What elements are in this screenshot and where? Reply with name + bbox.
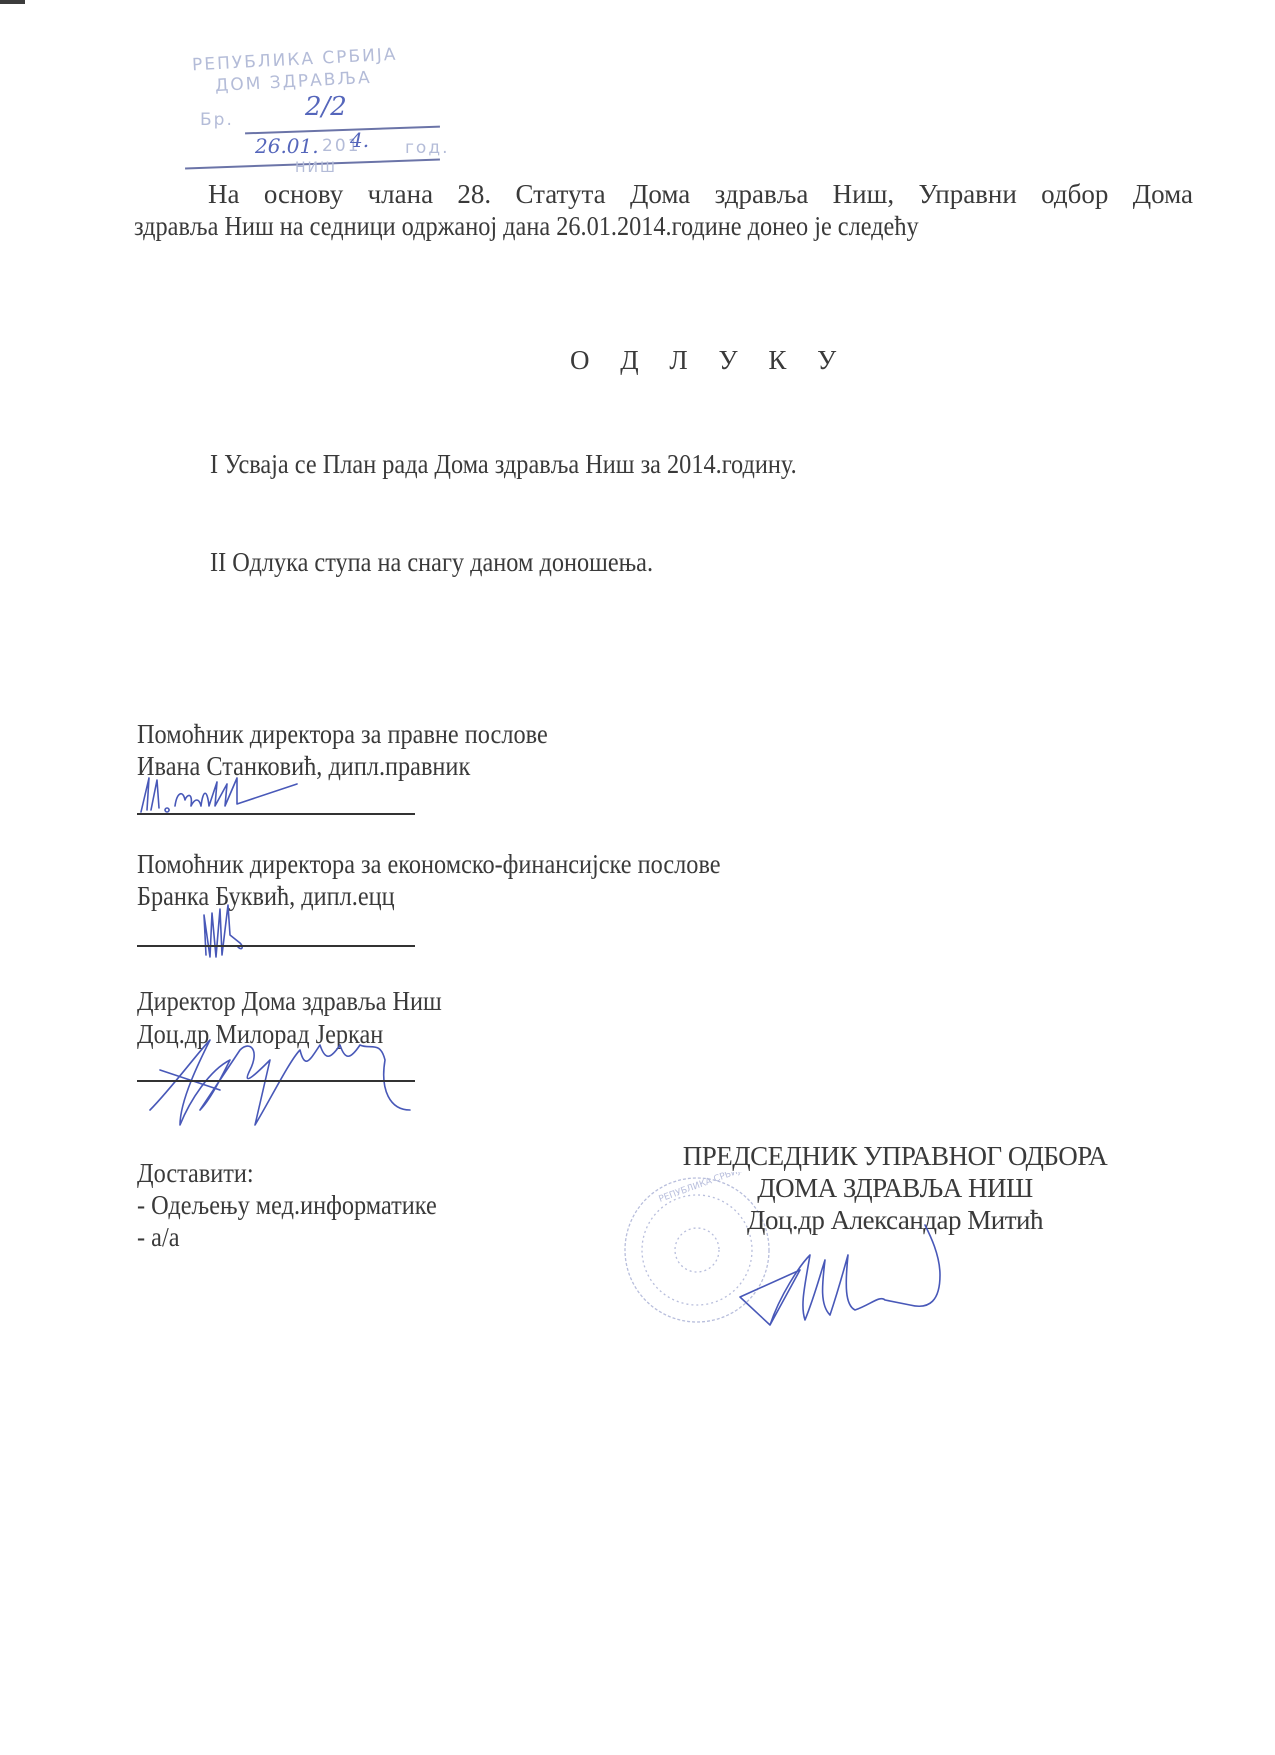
document-title: О Д Л У К У xyxy=(570,345,848,376)
signature-line-1 xyxy=(137,813,415,815)
stamp-date-handwritten: 26.01. xyxy=(255,134,319,158)
signatory-2-title: Помоћник директора за економско-финансиј… xyxy=(137,848,721,880)
decision-item-1: I Усваја се План рада Дома здравља Ниш з… xyxy=(210,448,797,480)
intro-line-2: здравља Ниш на седници одржаној дана 26.… xyxy=(134,210,919,242)
stamp-number-label: Бр. xyxy=(200,110,234,130)
delivery-recipient-2: - а/а xyxy=(137,1221,179,1253)
delivery-label: Доставити: xyxy=(137,1157,254,1189)
signature-2 xyxy=(200,895,300,965)
signatory-3-title: Директор Дома здравља Ниш xyxy=(137,985,442,1017)
intro-line-1-text: На основу члана 28. Статута Дома здравља… xyxy=(208,179,1193,209)
scan-edge-mark xyxy=(0,0,25,4)
president-title-1: ПРЕДСЕДНИК УПРАВНОГ ОДБОРА xyxy=(650,1140,1140,1172)
stamp-city: НИШ xyxy=(295,160,337,176)
stamp-year-handwritten: 4. xyxy=(350,128,369,152)
signature-line-2 xyxy=(137,945,415,947)
intro-line-1: На основу члана 28. Статута Дома здравља… xyxy=(208,178,1193,210)
signature-line-3 xyxy=(137,1080,415,1082)
delivery-recipient-1: - Одељењу мед.информатике xyxy=(137,1189,437,1221)
stamp-number-value: 2/2 xyxy=(305,92,347,122)
signature-president xyxy=(730,1215,1010,1335)
decision-item-2: II Одлука ступа на снагу даном доношења. xyxy=(210,546,653,578)
stamp-year-label: год. xyxy=(405,138,450,158)
president-title-2: ДОМА ЗДРАВЉА НИШ xyxy=(650,1172,1140,1204)
signatory-1-title: Помоћник директора за правне послове xyxy=(137,718,548,750)
